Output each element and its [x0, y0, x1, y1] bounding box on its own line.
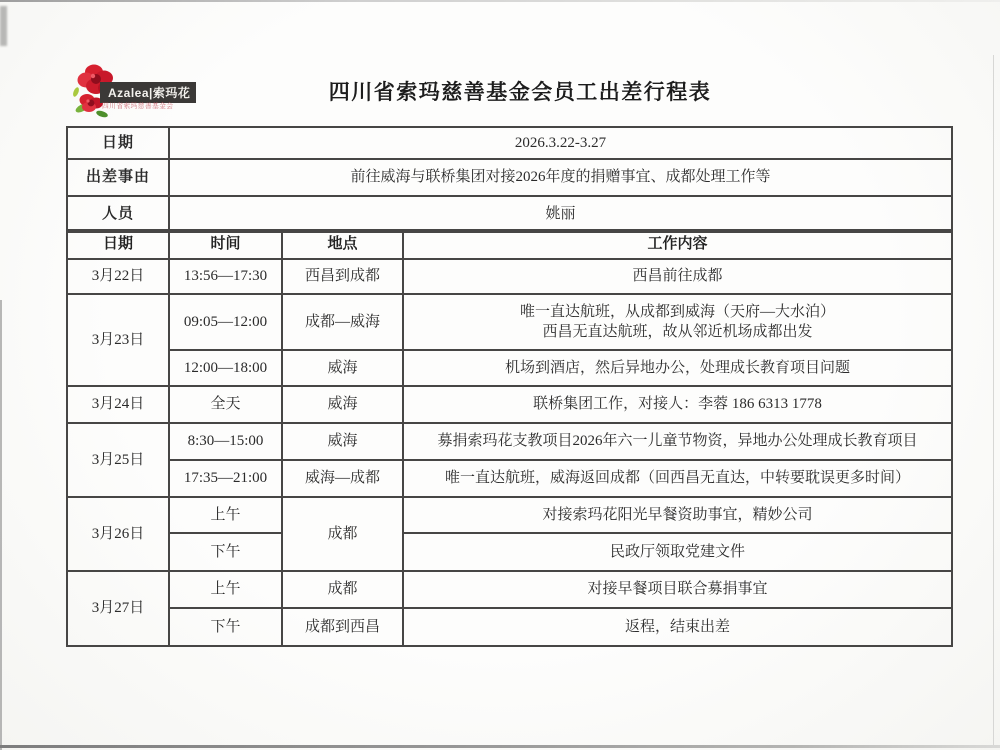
schedule-header-cell: 日期: [67, 230, 169, 259]
schedule-cell: 成都—威海: [282, 294, 403, 350]
schedule-cell: 机场到酒店，然后异地办公，处理成长教育项目问题: [403, 350, 952, 386]
schedule-cell: 上午: [169, 497, 282, 533]
schedule-cell: 17:35—21:00: [169, 460, 282, 497]
info-label: 出差事由: [67, 159, 169, 196]
schedule-cell: 3月27日: [67, 571, 169, 646]
table-row: 3月22日13:56—17:30西昌到成都西昌前往成都: [67, 259, 952, 294]
schedule-cell: 威海: [282, 350, 403, 386]
schedule-cell: 返程，结束出差: [403, 608, 952, 646]
schedule-cell: 8:30—15:00: [169, 423, 282, 460]
schedule-cell: 下午: [169, 533, 282, 571]
schedule-cell: 西昌前往成都: [403, 259, 952, 294]
table-row: 3月26日上午成都对接索玛花阳光早餐资助事宜，精妙公司: [67, 497, 952, 533]
info-label: 日期: [67, 127, 169, 159]
schedule-cell: 3月22日: [67, 259, 169, 294]
schedule-table: 日期时间地点工作内容3月22日13:56—17:30西昌到成都西昌前往成都3月2…: [66, 229, 953, 647]
scanned-document-page: Azalea|索玛花 四川省索玛慈善基金会 四川省索玛慈善基金会员工出差行程表 …: [0, 0, 1000, 750]
schedule-cell: 对接索玛花阳光早餐资助事宜，精妙公司: [403, 497, 952, 533]
schedule-cell: 西昌到成都: [282, 259, 403, 294]
schedule-cell: 唯一直达航班，威海返回成都（回西昌无直达，中转要耽误更多时间）: [403, 460, 952, 497]
table-row: 下午成都到西昌返程，结束出差: [67, 608, 952, 646]
schedule-cell: 3月26日: [67, 497, 169, 571]
schedule-cell: 民政厅领取党建文件: [403, 533, 952, 571]
schedule-cell: 3月23日: [67, 294, 169, 386]
table-row: 3月23日09:05—12:00成都—威海唯一直达航班，从成都到威海（天府—大水…: [67, 294, 952, 350]
info-value: 前往威海与联桥集团对接2026年度的捐赠事宜、成都处理工作等: [169, 159, 952, 196]
schedule-cell: 09:05—12:00: [169, 294, 282, 350]
schedule-cell: 联桥集团工作，对接人：李蓉 186 6313 1778: [403, 386, 952, 423]
schedule-header-cell: 工作内容: [403, 230, 952, 259]
schedule-cell: 3月24日: [67, 386, 169, 423]
scan-edge-left: [0, 300, 2, 750]
schedule-cell: 下午: [169, 608, 282, 646]
table-row: 12:00—18:00威海机场到酒店，然后异地办公，处理成长教育项目问题: [67, 350, 952, 386]
scan-edge-right: [993, 55, 994, 745]
schedule-cell: 成都: [282, 497, 403, 571]
document-title: 四川省索玛慈善基金会员工出差行程表: [100, 76, 940, 106]
table-row: 3月24日全天威海联桥集团工作，对接人：李蓉 186 6313 1778: [67, 386, 952, 423]
info-value: 2026.3.22-3.27: [169, 127, 952, 159]
schedule-cell: 上午: [169, 571, 282, 608]
table-row: 下午民政厅领取党建文件: [67, 533, 952, 571]
schedule-cell: 成都: [282, 571, 403, 608]
table-row: 17:35—21:00威海—成都唯一直达航班，威海返回成都（回西昌无直达，中转要…: [67, 460, 952, 497]
schedule-cell: 12:00—18:00: [169, 350, 282, 386]
schedule-cell: 募捐索玛花支教项目2026年六一儿童节物资，异地办公处理成长教育项目: [403, 423, 952, 460]
schedule-cell: 对接早餐项目联合募捐事宜: [403, 571, 952, 608]
schedule-cell: 成都到西昌: [282, 608, 403, 646]
info-value: 姚丽: [169, 196, 952, 232]
trip-info-table: 日期 2026.3.22-3.27 出差事由 前往威海与联桥集团对接2026年度…: [66, 126, 953, 233]
schedule-cell: 威海—成都: [282, 460, 403, 497]
schedule-cell: 3月25日: [67, 423, 169, 497]
schedule-cell: 威海: [282, 386, 403, 423]
scan-corner-mark: [0, 6, 7, 46]
schedule-cell: 唯一直达航班，从成都到威海（天府—大水泊） 西昌无直达航班，故从邻近机场成都出发: [403, 294, 952, 350]
schedule-cell: 威海: [282, 423, 403, 460]
scan-edge-bottom: [0, 745, 1000, 748]
schedule-header-cell: 地点: [282, 230, 403, 259]
schedule-cell: 13:56—17:30: [169, 259, 282, 294]
scan-edge-top: [0, 0, 1000, 2]
info-label: 人员: [67, 196, 169, 232]
schedule-cell: 全天: [169, 386, 282, 423]
table-row: 3月25日8:30—15:00威海募捐索玛花支教项目2026年六一儿童节物资，异…: [67, 423, 952, 460]
schedule-header-cell: 时间: [169, 230, 282, 259]
table-row: 3月27日上午成都对接早餐项目联合募捐事宜: [67, 571, 952, 608]
